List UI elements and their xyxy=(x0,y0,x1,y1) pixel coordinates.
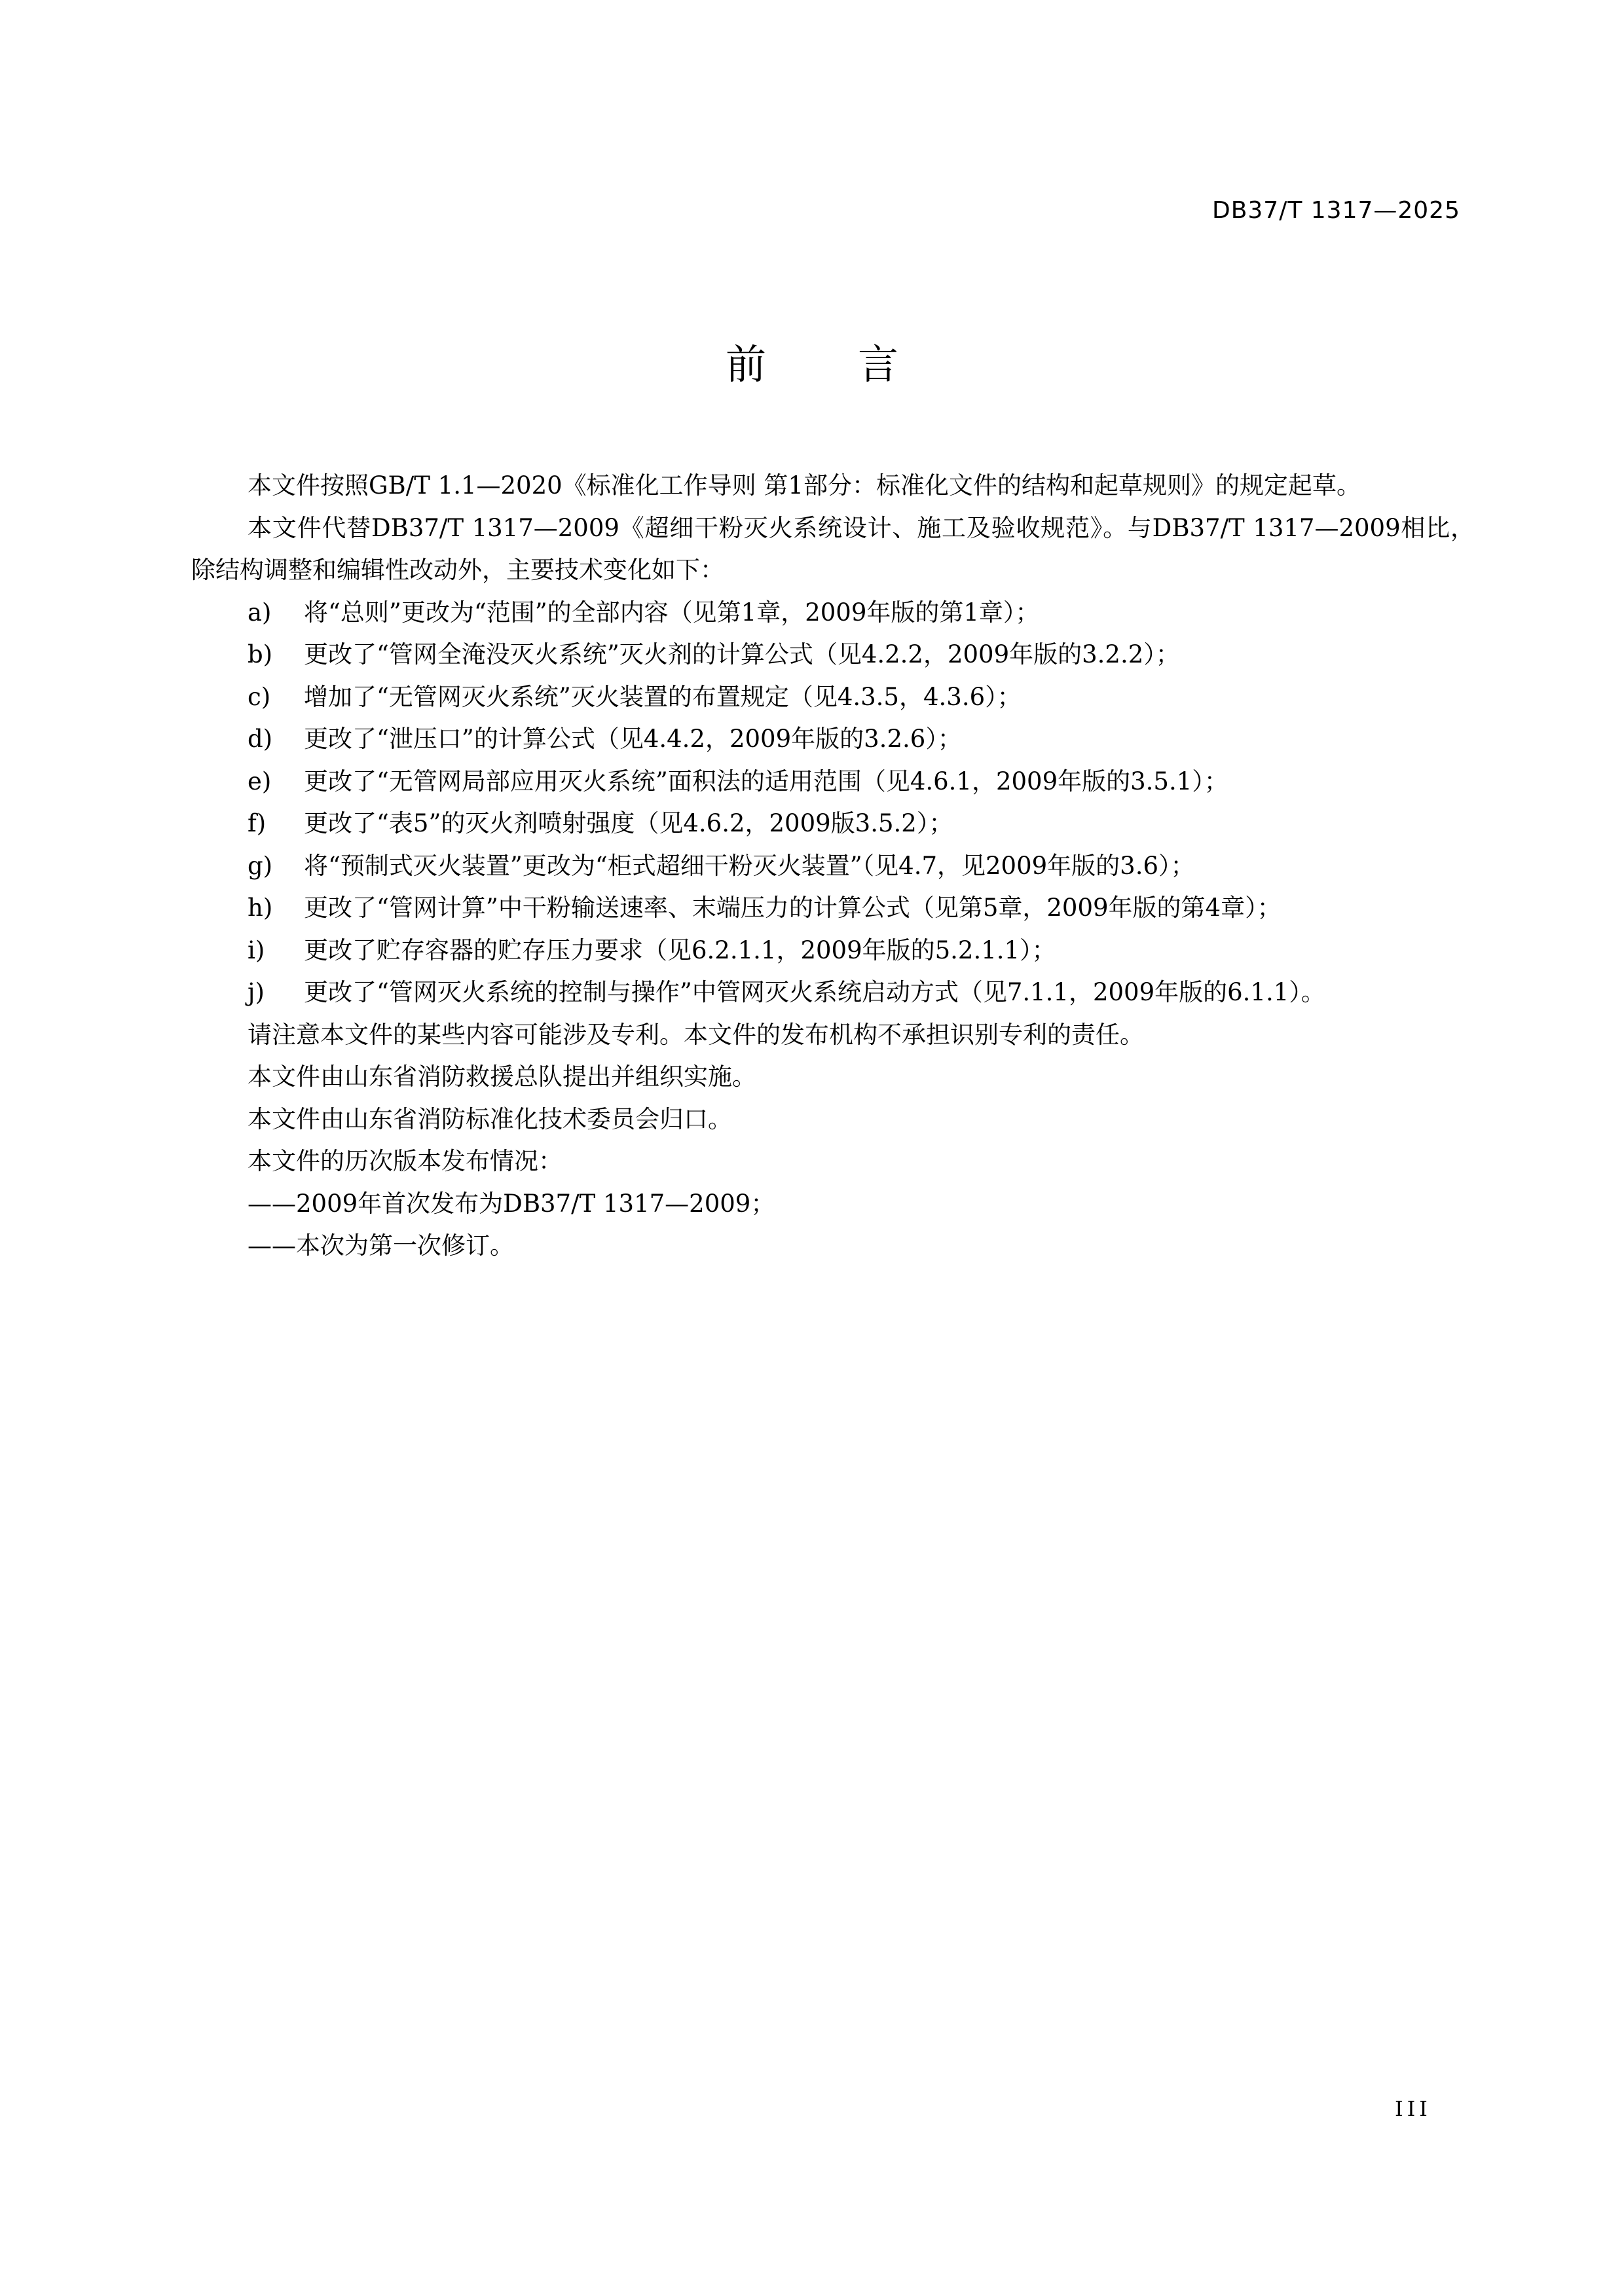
replace-paragraph: 本文件代替DB37/T 1317—2009《超细干粉灭火系统设计、施工及验收规范… xyxy=(191,507,1475,592)
patent-notice: 请注意本文件的某些内容可能涉及专利。本文件的发布机构不承担识别专利的责任。 xyxy=(191,1014,1475,1057)
history-heading: 本文件的历次版本发布情况： xyxy=(191,1140,1475,1183)
list-marker: h) xyxy=(248,887,304,930)
centralized-by-statement: 本文件由山东省消防标准化技术委员会归口。 xyxy=(191,1099,1475,1141)
list-marker: a) xyxy=(248,592,304,634)
list-text: 将“总则”更改为“范围”的全部内容（见第1章，2009年版的第1章）； xyxy=(304,592,1475,634)
list-item: i) 更改了贮存容器的贮存压力要求（见6.2.1.1，2009年版的5.2.1.… xyxy=(191,930,1475,972)
list-text: 更改了贮存容器的贮存压力要求（见6.2.1.1，2009年版的5.2.1.1）； xyxy=(304,930,1475,972)
list-item: a) 将“总则”更改为“范围”的全部内容（见第1章，2009年版的第1章）； xyxy=(191,592,1475,634)
intro-paragraph: 本文件按照GB/T 1.1—2020《标准化工作导则 第1部分：标准化文件的结构… xyxy=(191,465,1475,507)
list-text: 增加了“无管网灭火系统”灭火装置的布置规定（见4.3.5，4.3.6）； xyxy=(304,676,1475,719)
list-item: c) 增加了“无管网灭火系统”灭火装置的布置规定（见4.3.5，4.3.6）； xyxy=(191,676,1475,719)
list-text: 更改了“管网计算”中干粉输送速率、末端压力的计算公式（见第5章，2009年版的第… xyxy=(304,887,1475,930)
list-item: e) 更改了“无管网局部应用灭火系统”面积法的适用范围（见4.6.1，2009年… xyxy=(191,761,1475,803)
history-item: ——2009年首次发布为DB37/T 1317—2009； xyxy=(191,1183,1475,1226)
list-marker: c) xyxy=(248,676,304,719)
list-text: 更改了“泄压口”的计算公式（见4.4.2，2009年版的3.2.6）； xyxy=(304,718,1475,761)
technical-changes-list: a) 将“总则”更改为“范围”的全部内容（见第1章，2009年版的第1章）； b… xyxy=(191,592,1475,1014)
list-text: 将“预制式灭火装置”更改为“柜式超细干粉灭火装置”（见4.7，见2009年版的3… xyxy=(304,845,1475,888)
list-text: 更改了“表5”的灭火剂喷射强度（见4.6.2，2009版3.5.2）； xyxy=(304,803,1475,845)
list-marker: b) xyxy=(248,634,304,676)
list-item: g) 将“预制式灭火装置”更改为“柜式超细干粉灭火装置”（见4.7，见2009年… xyxy=(191,845,1475,888)
list-item: h) 更改了“管网计算”中干粉输送速率、末端压力的计算公式（见第5章，2009年… xyxy=(191,887,1475,930)
preface-body: 本文件按照GB/T 1.1—2020《标准化工作导则 第1部分：标准化文件的结构… xyxy=(191,465,1475,1267)
list-marker: e) xyxy=(248,761,304,803)
list-text: 更改了“无管网局部应用灭火系统”面积法的适用范围（见4.6.1，2009年版的3… xyxy=(304,761,1475,803)
list-marker: g) xyxy=(248,845,304,888)
list-marker: f) xyxy=(248,803,304,845)
title-char-yan: 言 xyxy=(858,335,898,394)
list-marker: j) xyxy=(248,972,304,1014)
history-item: ——本次为第一次修订。 xyxy=(191,1225,1475,1267)
list-marker: i) xyxy=(248,930,304,972)
page-number: III xyxy=(1395,2092,1431,2125)
list-marker: d) xyxy=(248,718,304,761)
page-title: 前言 xyxy=(0,335,1624,394)
title-char-qian: 前 xyxy=(726,335,766,394)
list-item: f) 更改了“表5”的灭火剂喷射强度（见4.6.2，2009版3.5.2）； xyxy=(191,803,1475,845)
proposer-statement: 本文件由山东省消防救援总队提出并组织实施。 xyxy=(191,1056,1475,1099)
list-item: j) 更改了“管网灭火系统的控制与操作”中管网灭火系统启动方式（见7.1.1，2… xyxy=(191,972,1475,1014)
list-text: 更改了“管网灭火系统的控制与操作”中管网灭火系统启动方式（见7.1.1，2009… xyxy=(304,972,1475,1014)
list-item: d) 更改了“泄压口”的计算公式（见4.4.2，2009年版的3.2.6）； xyxy=(191,718,1475,761)
list-item: b) 更改了“管网全淹没灭火系统”灭火剂的计算公式（见4.2.2，2009年版的… xyxy=(191,634,1475,676)
standard-number-header: DB37/T 1317—2025 xyxy=(1212,191,1460,230)
list-text: 更改了“管网全淹没灭火系统”灭火剂的计算公式（见4.2.2，2009年版的3.2… xyxy=(304,634,1475,676)
